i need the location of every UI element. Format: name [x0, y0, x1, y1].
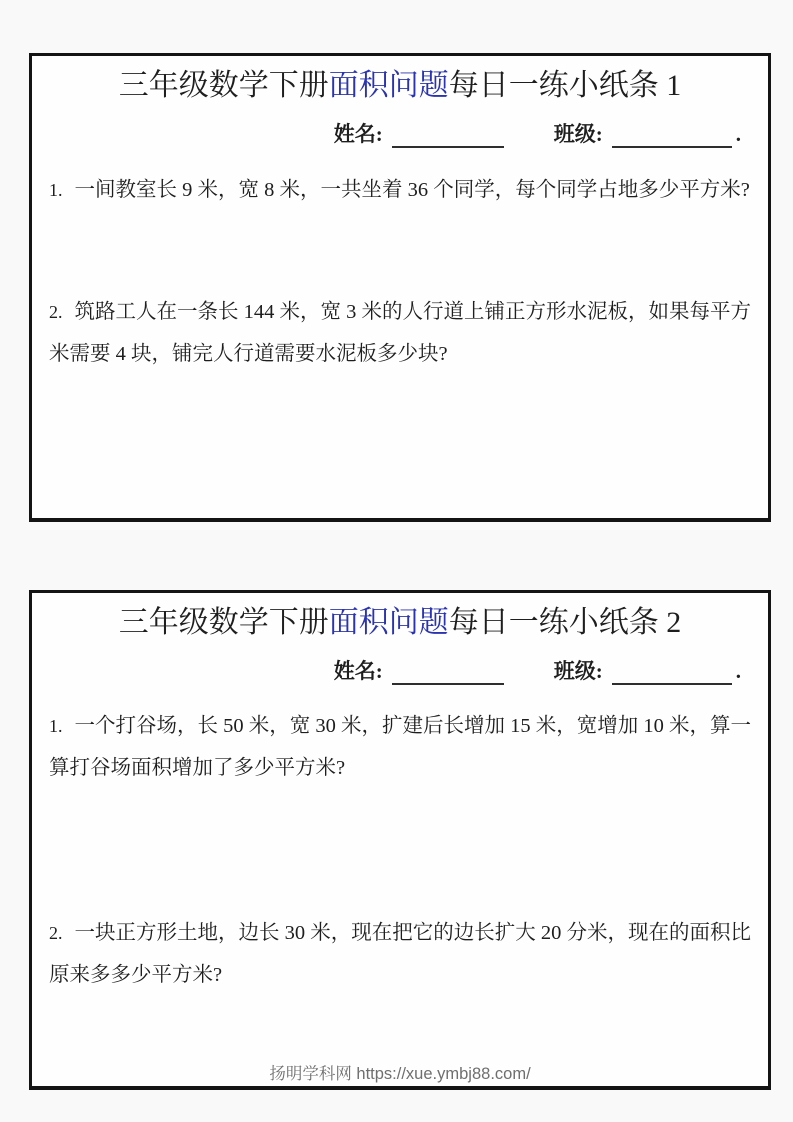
sheet-1-title-suffix: 每日一练小纸条 1 [449, 69, 682, 102]
problem-text: 一间教室长 9 米，宽 8 米，一共坐着 36 个同学，每个同学占地多少平方米? [75, 179, 750, 201]
problem-number: 1. [49, 716, 63, 736]
sheet-2-title: 三年级数学下册面积问题每日一练小纸条 2 [49, 602, 751, 644]
name-label: 姓名: [334, 120, 383, 148]
worksheet-sheet-1: 三年级数学下册面积问题每日一练小纸条 1 姓名: 班级: . 1.一间教室长 9… [29, 53, 771, 522]
problem-text: 筑路工人在一条长 144 米，宽 3 米的人行道上铺正方形水泥板，如果每平方米需… [49, 301, 751, 365]
problem-text: 一个打谷场，长 50 米，宽 30 米，扩建后长增加 15 米，宽增加 10 米… [49, 715, 751, 779]
sheet-1-title-highlight: 面积问题 [329, 69, 449, 102]
class-label: 班级: [554, 657, 603, 685]
name-label: 姓名: [334, 657, 383, 685]
sheet-2-title-highlight: 面积问题 [329, 606, 449, 639]
trailing-period: . [736, 657, 741, 685]
worksheet-sheet-2: 三年级数学下册面积问题每日一练小纸条 2 姓名: 班级: . 1.一个打谷场，长… [29, 590, 771, 1090]
sheet-1-title: 三年级数学下册面积问题每日一练小纸条 1 [49, 65, 751, 107]
name-blank-line [392, 122, 504, 148]
problem-text: 一块正方形土地，边长 30 米，现在把它的边长扩大 20 分米，现在的面积比原来… [49, 922, 751, 986]
problem-number: 2. [49, 923, 63, 943]
sheet-1-problem-1: 1.一间教室长 9 米，宽 8 米，一共坐着 36 个同学，每个同学占地多少平方… [49, 169, 751, 211]
class-blank-line [612, 122, 732, 148]
worksheet-page: { "colors": { "highlight_blue": "#2b34ae… [0, 0, 793, 1122]
sheet-2-problem-2: 2.一块正方形土地，边长 30 米，现在把它的边长扩大 20 分米，现在的面积比… [49, 912, 751, 996]
sheet-2-title-suffix: 每日一练小纸条 2 [449, 606, 682, 639]
sheet-1-problem-2: 2.筑路工人在一条长 144 米，宽 3 米的人行道上铺正方形水泥板，如果每平方… [49, 291, 751, 375]
problem-number: 1. [49, 180, 63, 200]
class-label: 班级: [554, 120, 603, 148]
sheet-1-title-prefix: 三年级数学下册 [119, 69, 329, 102]
class-blank-line [612, 659, 732, 685]
sheet-2-title-prefix: 三年级数学下册 [119, 606, 329, 639]
sheet-2-problem-1: 1.一个打谷场，长 50 米，宽 30 米，扩建后长增加 15 米，宽增加 10… [49, 705, 751, 789]
footer-credit: 扬明学科网 https://xue.ymbj88.com/ [32, 1060, 768, 1084]
sheet-1-fields-row: 姓名: 班级: . [49, 120, 751, 148]
name-blank-line [392, 659, 504, 685]
sheet-2-fields-row: 姓名: 班级: . [49, 657, 751, 685]
trailing-period: . [736, 120, 741, 148]
problem-number: 2. [49, 302, 63, 322]
